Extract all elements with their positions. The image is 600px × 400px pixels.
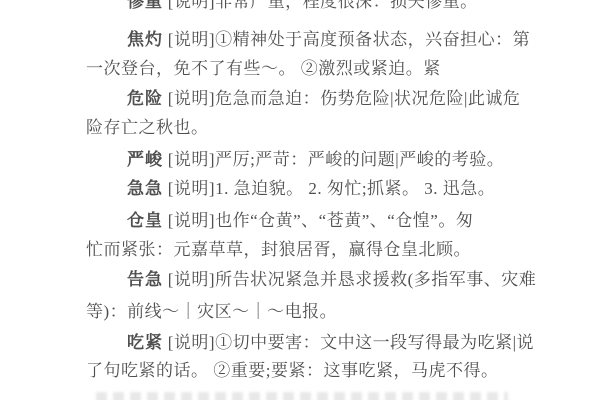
dict-line-weixian: 危险 [说明]危急而急迫：伤势危险|状况危险|此诚危 <box>86 84 520 114</box>
clipped-bottom-line <box>96 392 508 400</box>
dict-line-chijin-cont: 了句吃紧的话。 ②重要;要紧：这事吃紧，马虎不得。 <box>86 356 498 386</box>
document-page: 惨重 [说明]非常严重，程度很深：损失惨重。 焦灼 [说明]①精神处于高度预备状… <box>0 0 600 400</box>
dict-line-jiaozhuo-cont: 一次登台，免不了有些～。 ②激烈或紧迫。紧 <box>86 54 441 84</box>
line-text: [说明]危急而急迫：伤势危险|状况危险|此诚危 <box>163 89 520 108</box>
line-text: [说明]①精神处于高度预备状态，兴奋担心：第 <box>163 30 530 49</box>
dict-line-canghuang: 仓皇 [说明]也作“仓黄”、“苍黄”、“仓惶”。匆 <box>86 206 473 236</box>
line-text: [说明]所告状况紧急并恳求援救(多指军事、灾难 <box>163 270 536 289</box>
dict-line-chijin: 吃紧 [说明]①切中要害：文中这一段写得最为吃紧|说 <box>86 328 534 358</box>
headword: 仓皇 <box>127 211 163 230</box>
headword: 严峻 <box>127 150 163 169</box>
line-text: [说明]非常严重，程度很深：损失惨重。 <box>163 0 478 11</box>
line-text: [说明]1. 急迫貌。 2. 匆忙;抓紧。 3. 迅急。 <box>163 179 495 198</box>
line-text: 等)：前线～｜灾区～｜～电报。 <box>86 302 337 321</box>
line-text: [说明]①切中要害：文中这一段写得最为吃紧|说 <box>163 333 534 352</box>
headword: 危险 <box>127 89 163 108</box>
headword: 焦灼 <box>127 30 163 49</box>
dict-line-canghuang-cont: 忙而紧张：元嘉草草，封狼居胥，赢得仓皇北顾。 <box>86 235 471 265</box>
line-text: 了句吃紧的话。 ②重要;要紧：这事吃紧，马虎不得。 <box>86 361 498 380</box>
dict-line-yanjun: 严峻 [说明]严厉;严苛：严峻的问题|严峻的考验。 <box>86 145 504 175</box>
dict-line-gaoji-cont: 等)：前线～｜灾区～｜～电报。 <box>86 297 337 327</box>
dict-line-canzhong-clipped-top: 惨重 [说明]非常严重，程度很深：损失惨重。 <box>86 0 478 17</box>
headword: 惨重 <box>127 0 163 11</box>
dict-line-jiji: 急急 [说明]1. 急迫貌。 2. 匆忙;抓紧。 3. 迅急。 <box>86 174 495 204</box>
line-text: [说明]严厉;严苛：严峻的问题|严峻的考验。 <box>163 150 504 169</box>
dictionary-text-block: 惨重 [说明]非常严重，程度很深：损失惨重。 焦灼 [说明]①精神处于高度预备状… <box>0 0 600 400</box>
line-text: [说明]也作“仓黄”、“苍黄”、“仓惶”。匆 <box>163 211 473 230</box>
dict-line-gaoji: 告急 [说明]所告状况紧急并恳求援救(多指军事、灾难 <box>86 265 536 295</box>
line-text: 一次登台，免不了有些～。 ②激烈或紧迫。紧 <box>86 59 441 78</box>
dict-line-jiaozhuo: 焦灼 [说明]①精神处于高度预备状态，兴奋担心：第 <box>86 25 530 55</box>
line-text: 忙而紧张：元嘉草草，封狼居胥，赢得仓皇北顾。 <box>86 240 471 259</box>
dict-line-weixian-cont: 险存亡之秋也。 <box>86 113 209 143</box>
headword: 吃紧 <box>127 333 163 352</box>
headword: 急急 <box>127 179 163 198</box>
line-text: 险存亡之秋也。 <box>86 118 209 137</box>
headword: 告急 <box>127 270 163 289</box>
